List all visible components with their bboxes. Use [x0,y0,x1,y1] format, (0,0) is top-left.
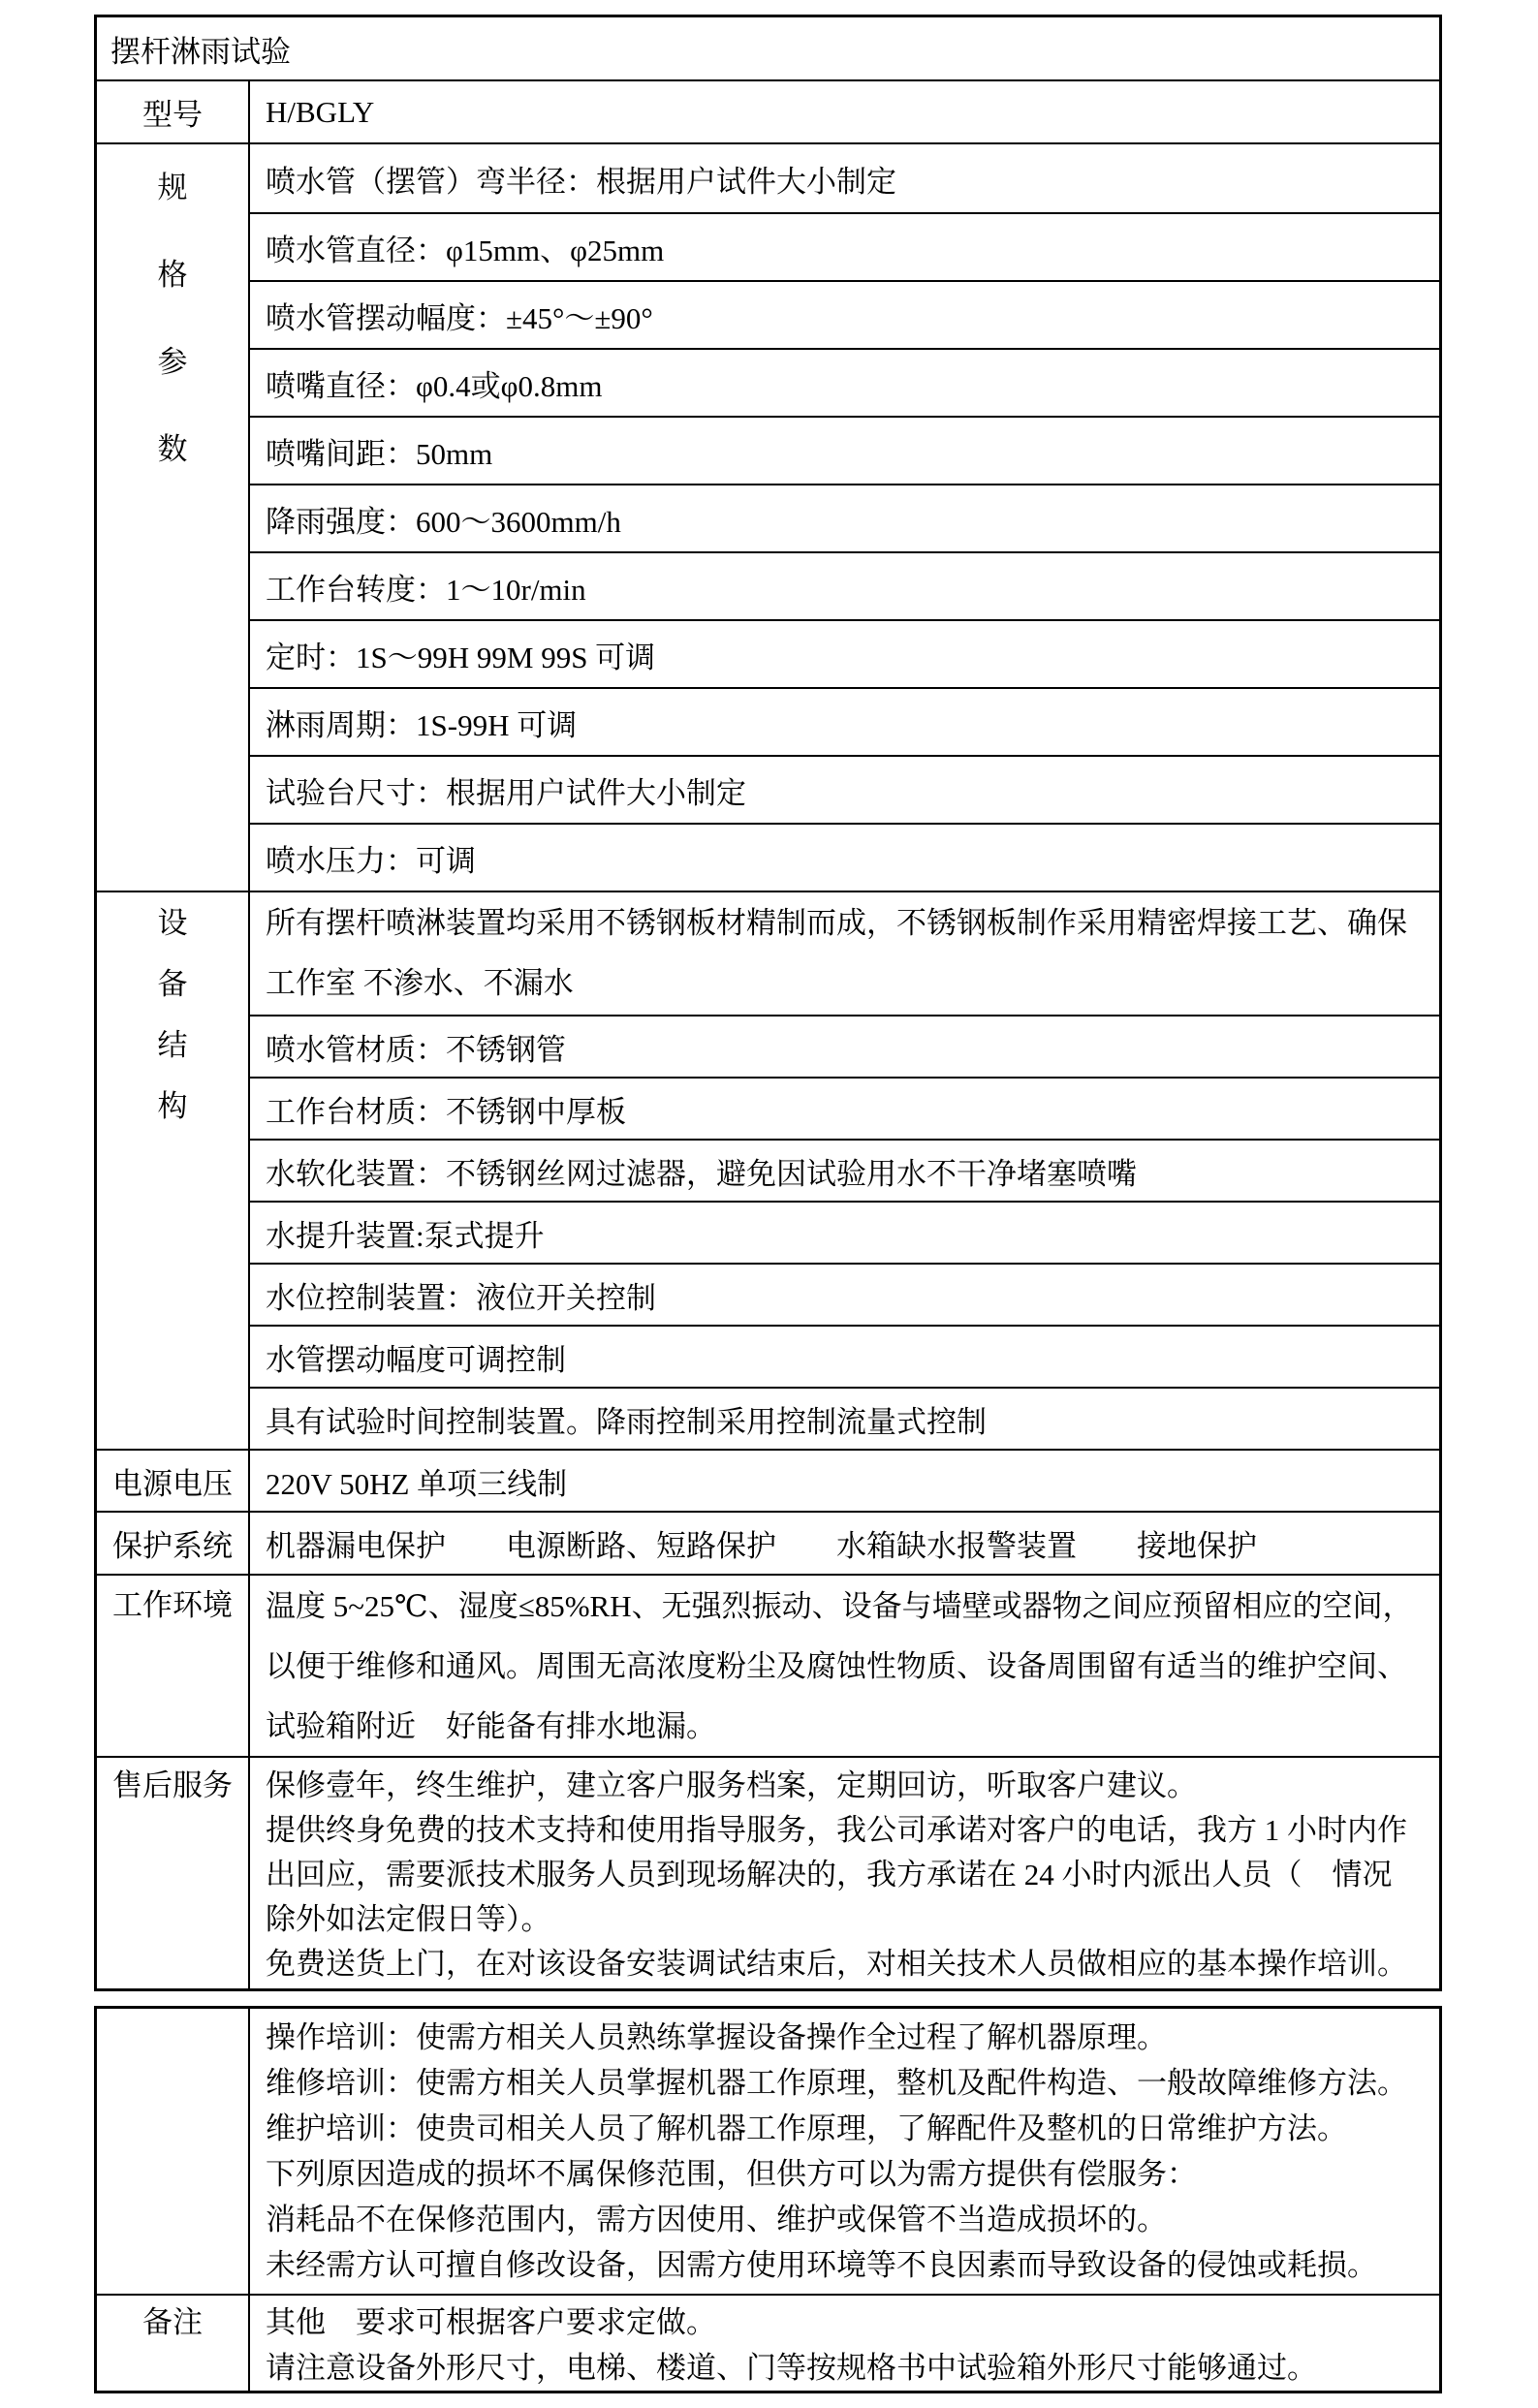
spec-section: 规 格 参 数 喷水管（摆管）弯半径：根据用户试件大小制定 喷水管直径：φ15m… [97,142,1439,891]
spec-row: 工作台转度：1～10r/min [250,551,1439,619]
notes-text: 其他 要求可根据客户要求定做。 请注意设备外形尺寸，电梯、楼道、门等按规格书中试… [250,2296,1439,2391]
structure-row: 所有摆杆喷淋装置均采用不锈钢板材精制而成，不锈钢板制作采用精密焊接工艺、确保 工… [250,892,1439,1015]
model-value: H/BGLY [250,81,1439,142]
training-label-empty [97,2009,250,2294]
spec-row: 喷水管摆动幅度：±45°～±90° [250,280,1439,348]
power-row: 电源电压 220V 50HZ 单项三线制 [97,1449,1439,1511]
model-row: 型号 H/BGLY [97,79,1439,142]
structure-row: 水位控制装置：液位开关控制 [250,1263,1439,1325]
spec-row: 降雨强度：600～3600mm/h [250,484,1439,551]
spec-row: 淋雨周期：1S-99H 可调 [250,687,1439,755]
main-spec-table: 摆杆淋雨试验 型号 H/BGLY 规 格 参 数 喷水管（摆管）弯半径：根据用户… [94,15,1442,1991]
training-section: 操作培训：使需方相关人员熟练掌握设备操作全过程了解机器原理。 维修培训：使需方相… [97,2009,1439,2294]
protection-label: 保护系统 [97,1513,250,1574]
spec-row: 喷嘴直径：φ0.4或φ0.8mm [250,348,1439,416]
document-title: 摆杆淋雨试验 [110,27,291,71]
structure-row: 具有试验时间控制装置。降雨控制采用控制流量式控制 [250,1387,1439,1449]
spec-document-page: 摆杆淋雨试验 型号 H/BGLY 规 格 参 数 喷水管（摆管）弯半径：根据用户… [0,0,1538,2408]
protection-row: 保护系统 机器漏电保护 电源断路、短路保护 水箱缺水报警装置 接地保护 [97,1511,1439,1574]
structure-rows: 所有摆杆喷淋装置均采用不锈钢板材精制而成，不锈钢板制作采用精密焊接工艺、确保 工… [250,892,1439,1449]
service-label: 售后服务 [97,1758,250,1988]
power-value: 220V 50HZ 单项三线制 [250,1451,1439,1511]
spec-row: 定时：1S～99H 99M 99S 可调 [250,619,1439,687]
training-notes-table: 操作培训：使需方相关人员熟练掌握设备操作全过程了解机器原理。 维修培训：使需方相… [94,2006,1442,2393]
spec-row: 喷嘴间距：50mm [250,416,1439,484]
power-label: 电源电压 [97,1451,250,1511]
structure-row: 水管摆动幅度可调控制 [250,1325,1439,1387]
notes-section: 备注 其他 要求可根据客户要求定做。 请注意设备外形尺寸，电梯、楼道、门等按规格… [97,2294,1439,2391]
structure-row: 喷水管材质：不锈钢管 [250,1015,1439,1077]
environment-section: 工作环境 温度 5~25℃、湿度≤85%RH、无强烈振动、设备与墙壁或器物之间应… [97,1574,1439,1756]
spec-row: 试验台尺寸：根据用户试件大小制定 [250,755,1439,823]
spec-row: 喷水管（摆管）弯半径：根据用户试件大小制定 [250,144,1439,212]
training-text: 操作培训：使需方相关人员熟练掌握设备操作全过程了解机器原理。 维修培训：使需方相… [250,2009,1439,2294]
spec-row: 喷水压力：可调 [250,823,1439,891]
structure-row: 工作台材质：不锈钢中厚板 [250,1077,1439,1139]
structure-row: 水提升装置:泵式提升 [250,1201,1439,1263]
structure-section: 设 备 结 构 所有摆杆喷淋装置均采用不锈钢板材精制而成，不锈钢板制作采用精密焊… [97,891,1439,1449]
model-label: 型号 [97,81,250,142]
table-title-row: 摆杆淋雨试验 [97,17,1439,79]
spec-section-label: 规 格 参 数 [97,144,250,891]
structure-row: 水软化装置：不锈钢丝网过滤器，避免因试验用水不干净堵塞喷嘴 [250,1139,1439,1201]
notes-label: 备注 [97,2296,250,2391]
environment-text: 温度 5~25℃、湿度≤85%RH、无强烈振动、设备与墙壁或器物之间应预留相应的… [250,1576,1439,1756]
protection-value: 机器漏电保护 电源断路、短路保护 水箱缺水报警装置 接地保护 [250,1513,1439,1574]
spec-row: 喷水管直径：φ15mm、φ25mm [250,212,1439,280]
service-text: 保修壹年，终生维护，建立客户服务档案，定期回访，听取客户建议。 提供终身免费的技… [250,1758,1439,1988]
structure-section-label: 设 备 结 构 [97,892,250,1449]
environment-label: 工作环境 [97,1576,250,1756]
spec-rows: 喷水管（摆管）弯半径：根据用户试件大小制定 喷水管直径：φ15mm、φ25mm … [250,144,1439,891]
service-section: 售后服务 保修壹年，终生维护，建立客户服务档案，定期回访，听取客户建议。 提供终… [97,1756,1439,1988]
